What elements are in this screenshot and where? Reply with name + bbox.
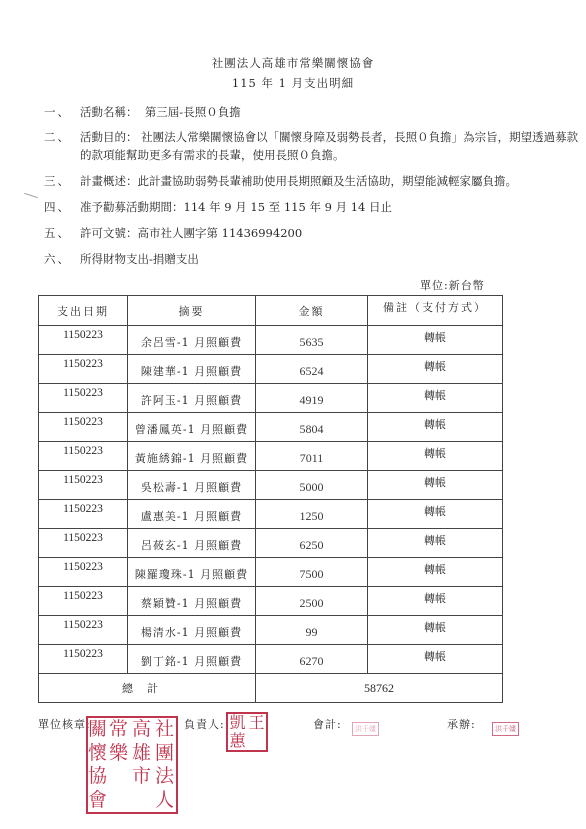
section-number: 三、 [44, 172, 80, 190]
section-text: 高市社人團字第 11436994200 [138, 226, 303, 240]
seal-char: 法 [153, 765, 176, 789]
responsible-person-seal: 凱王蕙 [226, 712, 268, 752]
accountant-label: 會計: [313, 716, 342, 732]
section-label: 許可文號： [80, 226, 138, 240]
seal-char: 高 [130, 718, 153, 742]
expense-date: 1150223 [39, 558, 128, 587]
expense-summary: 余呂雪-1 月照顧費 [128, 326, 256, 355]
section-text: 社團法人常樂關懷協會以「關懷身障及弱勢長者，長照０負擔」為宗旨，期望透過募款的款… [80, 130, 578, 162]
expense-summary: 楊清水-1 月照顧費 [128, 616, 256, 645]
expense-date: 1150223 [39, 326, 128, 355]
seal-char: 市 [130, 765, 153, 789]
expense-amount: 99 [256, 616, 368, 645]
payment-method: 轉帳 [368, 587, 503, 616]
handler-label: 承辦: [447, 716, 476, 732]
table-row: 1150223余呂雪-1 月照顧費5635轉帳 [39, 326, 503, 355]
expense-amount: 5635 [256, 326, 368, 355]
expense-summary: 陳建華-1 月照顧費 [128, 355, 256, 384]
payment-method: 轉帳 [368, 471, 503, 500]
seal-char: 懷 [88, 742, 107, 766]
section-text: 所得財物支出-捐贈支出 [80, 252, 199, 266]
section-text: 114 年 9 月 15 至 115 年 9 月 14 日止 [184, 200, 393, 214]
expense-amount: 4919 [256, 384, 368, 413]
section-number: 五、 [44, 224, 80, 242]
expense-summary: 劉丁銘-1 月照顧費 [128, 645, 256, 674]
currency-unit: 單位:新台幣 [420, 277, 485, 293]
seal-char [107, 789, 130, 813]
expense-summary: 曾潘鳳英-1 月照顧費 [128, 413, 256, 442]
table-row: 1150223曾潘鳳英-1 月照顧費5804轉帳 [39, 413, 503, 442]
section-number: 一、 [44, 103, 80, 121]
table-body: 1150223余呂雪-1 月照顧費5635轉帳1150223陳建華-1 月照顧費… [39, 326, 503, 674]
handler-seal: 洪千嫿 [492, 722, 519, 736]
expense-summary: 盧惠美-1 月照顧費 [128, 500, 256, 529]
expense-amount: 7500 [256, 558, 368, 587]
expense-date: 1150223 [39, 413, 128, 442]
seal-char: 雄 [130, 742, 153, 766]
table-row: 1150223楊清水-1 月照顧費99轉帳 [39, 616, 503, 645]
seal-char: 會 [88, 789, 107, 813]
expense-summary: 呂莜玄-1 月照顧費 [128, 529, 256, 558]
expense-amount: 2500 [256, 587, 368, 616]
total-label: 總計 [39, 674, 256, 703]
section-number: 四、 [44, 198, 80, 216]
expense-amount: 5804 [256, 413, 368, 442]
expense-summary: 陳羅瓊珠-1 月照顧費 [128, 558, 256, 587]
section-label: 准予勸募活動期間： [80, 200, 184, 214]
seal-char: 協 [88, 765, 107, 789]
seal-char: 樂 [107, 742, 130, 766]
section-label: 計畫概述： [80, 174, 138, 188]
section-text: 此計畫協助弱勢長輩補助使用長期照顧及生活協助，期望能減輕家屬負擔。 [138, 174, 518, 188]
payment-method: 轉帳 [368, 558, 503, 587]
total-value: 58762 [256, 674, 503, 703]
table-row: 1150223蔡穎贊-1 月照顧費2500轉帳 [39, 587, 503, 616]
payment-method: 轉帳 [368, 442, 503, 471]
table-row: 1150223盧惠美-1 月照顧費1250轉帳 [39, 500, 503, 529]
table-header-row: 支出日期 摘要 金額 備註（支付方式） [39, 296, 503, 326]
payment-method: 轉帳 [368, 355, 503, 384]
table-row: 1150223陳建華-1 月照顧費6524轉帳 [39, 355, 503, 384]
expense-summary: 蔡穎贊-1 月照顧費 [128, 587, 256, 616]
section-permit: 五、 許可文號：高市社人團字第 11436994200 [44, 224, 80, 242]
seal-char: 凱 [228, 714, 247, 732]
section-activity-name: 一、 活動名稱： 第三屆-長照０負擔 [44, 103, 80, 121]
payment-method: 轉帳 [368, 616, 503, 645]
seal-char [247, 732, 266, 750]
payment-method: 轉帳 [368, 326, 503, 355]
section-label: 活動目的： [80, 130, 138, 144]
expense-summary: 黃施綉錦-1 月照顧費 [128, 442, 256, 471]
seal-char [107, 765, 130, 789]
expense-amount: 6250 [256, 529, 368, 558]
responsible-label: 負責人: [184, 716, 225, 732]
expenditure-table: 支出日期 摘要 金額 備註（支付方式） 1150223余呂雪-1 月照顧費563… [38, 295, 503, 703]
payment-method: 轉帳 [368, 529, 503, 558]
organization-seal: 社團法人高雄市常樂關懷協會 [86, 716, 178, 814]
seal-char: 團 [153, 742, 176, 766]
payment-method: 轉帳 [368, 500, 503, 529]
section-period: 四、 准予勸募活動期間：114 年 9 月 15 至 115 年 9 月 14 … [44, 198, 80, 216]
expense-date: 1150223 [39, 442, 128, 471]
section-label: 活動名稱： [80, 105, 138, 119]
expense-date: 1150223 [39, 529, 128, 558]
seal-char: 王 [247, 714, 266, 732]
unit-seal-label: 單位核章: [38, 716, 91, 732]
payment-method: 轉帳 [368, 384, 503, 413]
report-title: 115 年 1 月支出明細 [0, 75, 586, 91]
expense-summary: 吳松壽-1 月照顧費 [128, 471, 256, 500]
expense-date: 1150223 [39, 587, 128, 616]
table-row: 1150223陳羅瓊珠-1 月照顧費7500轉帳 [39, 558, 503, 587]
org-title: 社團法人高雄市常樂關懷協會 [0, 55, 586, 71]
header-summary: 摘要 [128, 296, 256, 326]
expense-date: 1150223 [39, 645, 128, 674]
expense-date: 1150223 [39, 616, 128, 645]
seal-char: 關 [88, 718, 107, 742]
seal-char [130, 789, 153, 813]
seal-char: 人 [153, 789, 176, 813]
payment-method: 轉帳 [368, 645, 503, 674]
expense-date: 1150223 [39, 384, 128, 413]
total-row: 總計 58762 [39, 674, 503, 703]
section-overview: 三、 計畫概述：此計畫協助弱勢長輩補助使用長期照顧及生活協助，期望能減輕家屬負擔… [44, 172, 80, 190]
margin-mark [24, 193, 38, 198]
section-number: 六、 [44, 250, 80, 268]
accountant-seal: 洪千嫿 [352, 722, 379, 736]
table-row: 1150223許阿玉-1 月照顧費4919轉帳 [39, 384, 503, 413]
expense-amount: 5000 [256, 471, 368, 500]
section-text: 第三屆-長照０負擔 [145, 105, 241, 119]
expense-amount: 6270 [256, 645, 368, 674]
header-remarks: 備註（支付方式） [368, 296, 503, 326]
table-row: 1150223黃施綉錦-1 月照顧費7011轉帳 [39, 442, 503, 471]
section-number: 二、 [44, 128, 80, 146]
section-purpose: 二、 活動目的： 社團法人常樂關懷協會以「關懷身障及弱勢長者，長照０負擔」為宗旨… [44, 128, 80, 146]
seal-char: 常 [107, 718, 130, 742]
expense-amount: 7011 [256, 442, 368, 471]
seal-char: 蕙 [228, 732, 247, 750]
header-date: 支出日期 [39, 296, 128, 326]
table-row: 1150223劉丁銘-1 月照顧費6270轉帳 [39, 645, 503, 674]
table-row: 1150223吳松壽-1 月照顧費5000轉帳 [39, 471, 503, 500]
expense-date: 1150223 [39, 500, 128, 529]
expense-amount: 6524 [256, 355, 368, 384]
seal-char: 社 [153, 718, 176, 742]
header-amount: 金額 [256, 296, 368, 326]
section-expenditure: 六、 所得財物支出-捐贈支出 [44, 250, 80, 268]
expense-date: 1150223 [39, 355, 128, 384]
table-row: 1150223呂莜玄-1 月照顧費6250轉帳 [39, 529, 503, 558]
expense-summary: 許阿玉-1 月照顧費 [128, 384, 256, 413]
payment-method: 轉帳 [368, 413, 503, 442]
expense-amount: 1250 [256, 500, 368, 529]
expense-date: 1150223 [39, 471, 128, 500]
